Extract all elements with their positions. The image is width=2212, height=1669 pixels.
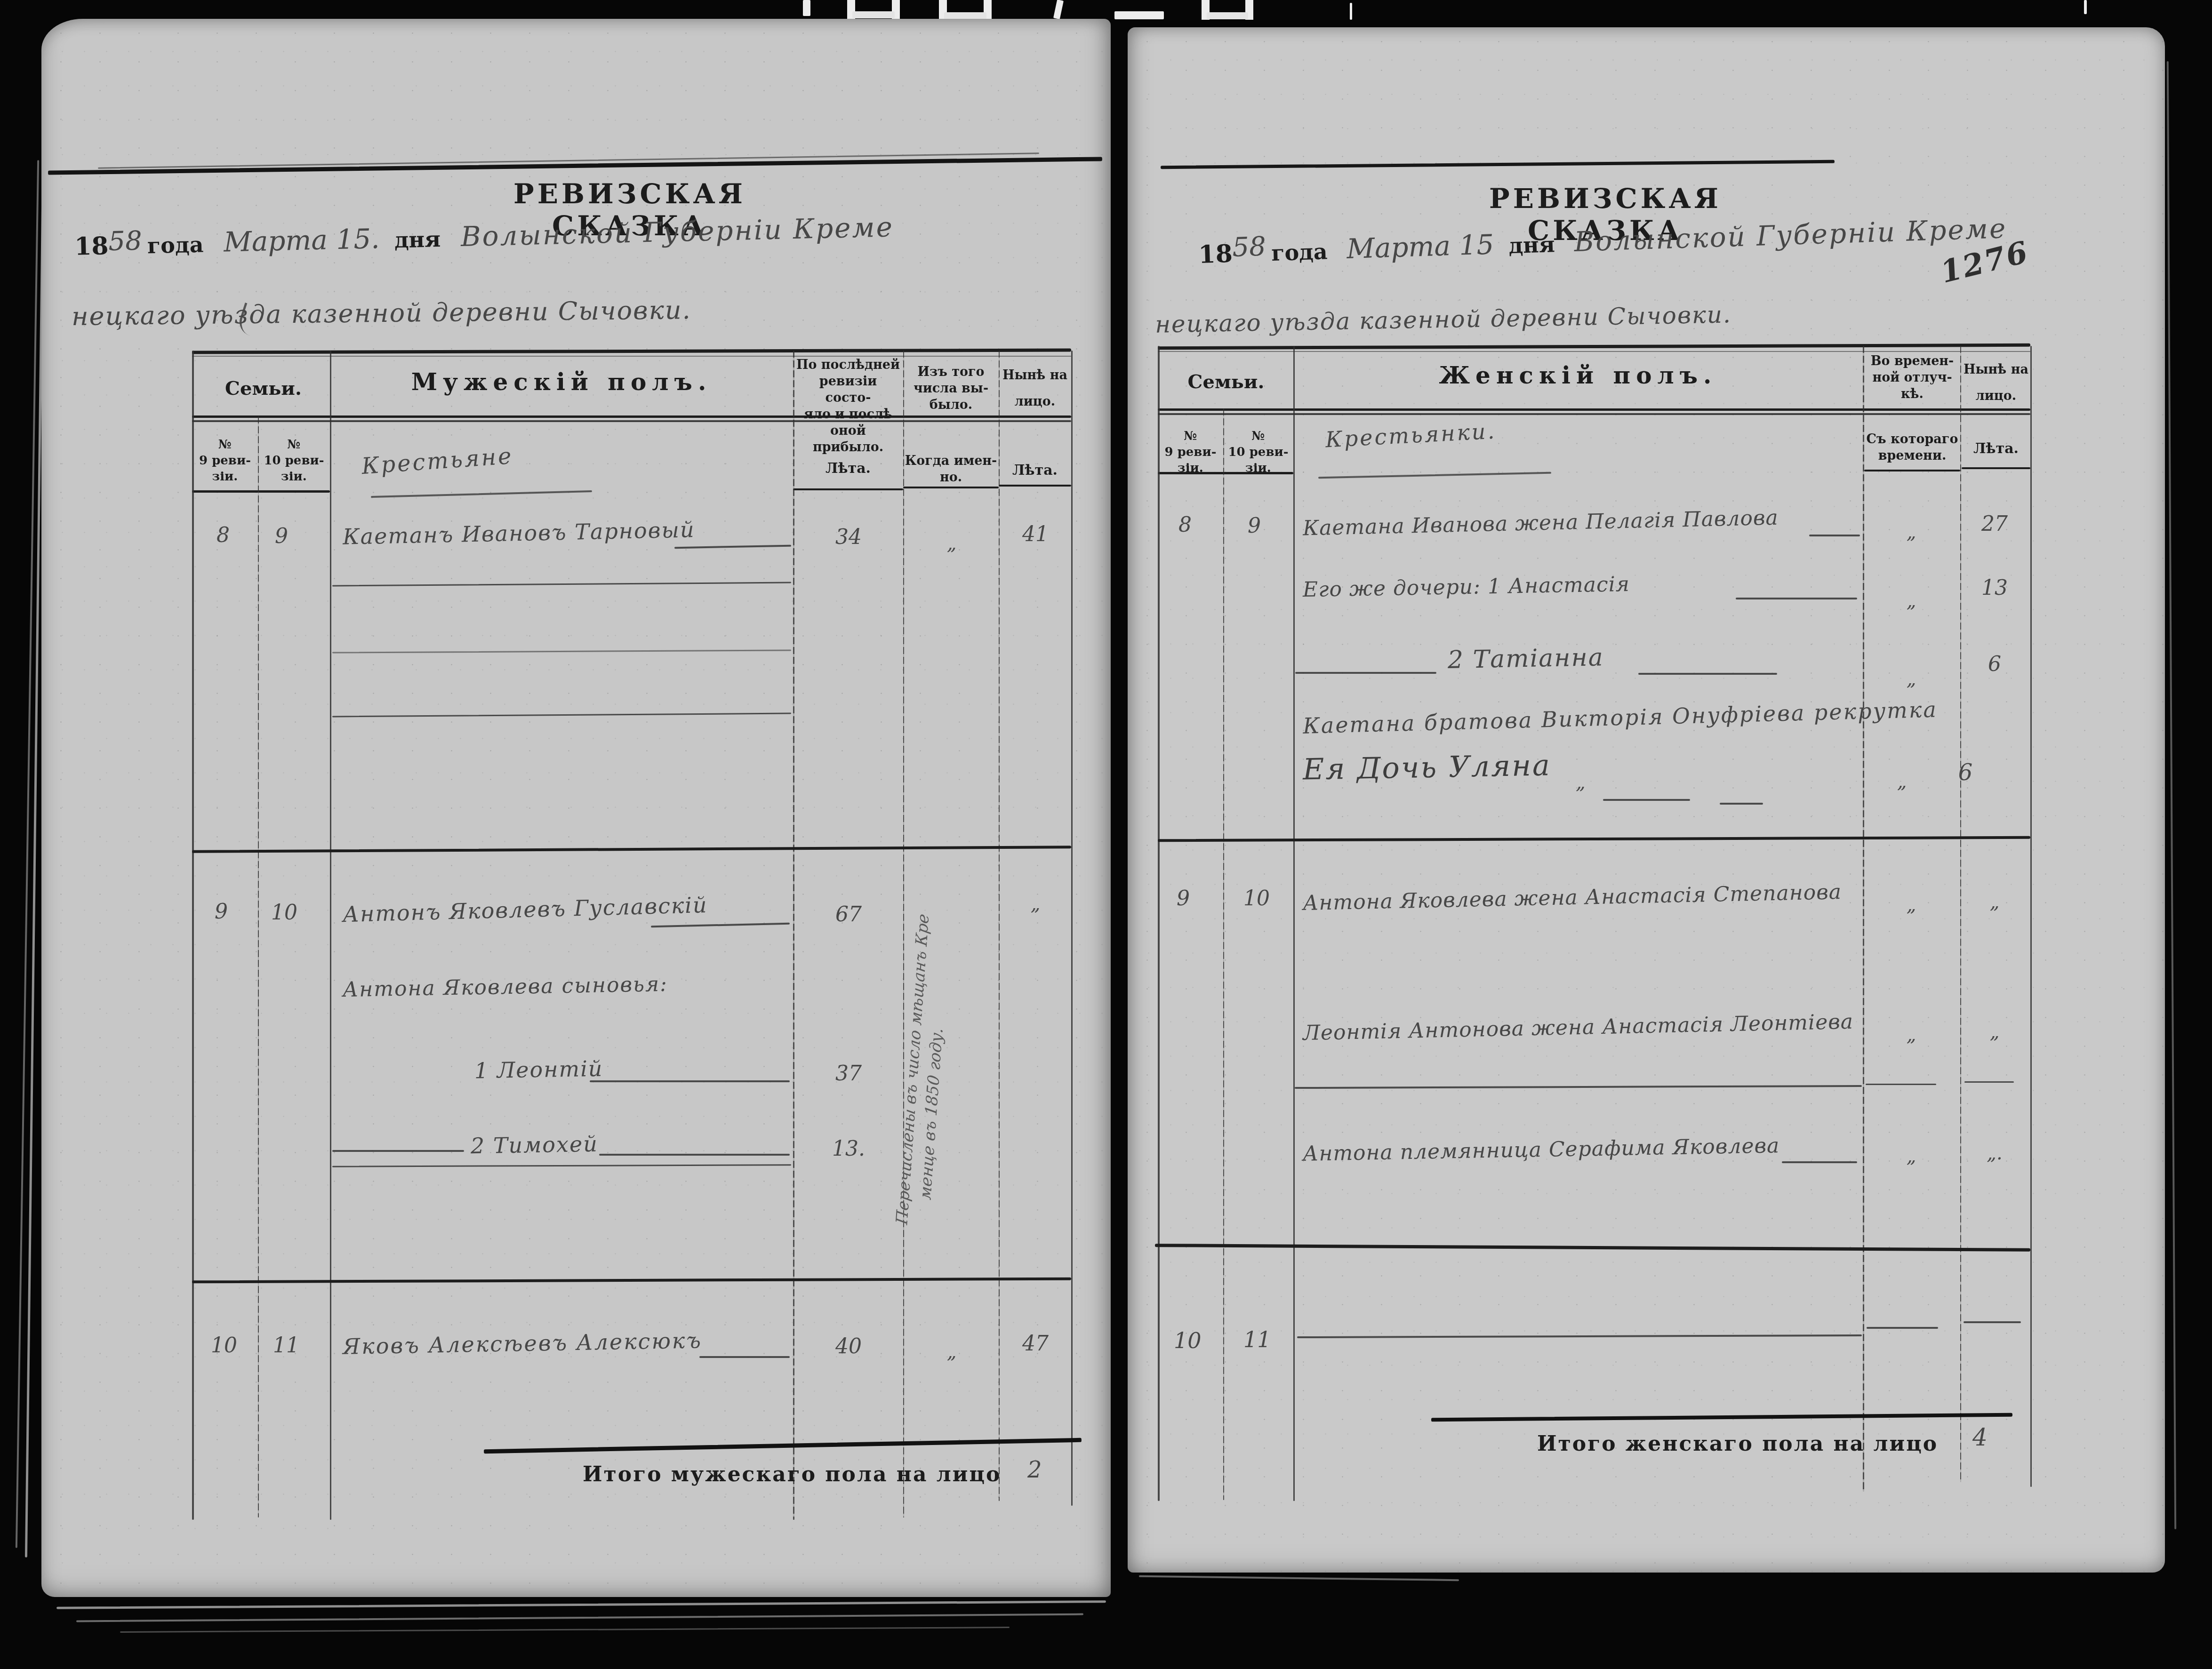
table-vline: [1863, 346, 1864, 1492]
ink-stroke: [1867, 1327, 1938, 1329]
table-vline: [1293, 346, 1295, 1501]
film-frame-mark: [1053, 0, 1064, 19]
fam2-sons-intro: Антона Яковлева сыновья:: [343, 972, 668, 1002]
ruled-underline: [1295, 1085, 1862, 1089]
sheet-edge: [1139, 1575, 1459, 1581]
table-rule-subhdr: [1864, 470, 1960, 471]
fam2-line1-name: Антона Яковлева жена Анастасія Степанова: [1303, 880, 1842, 915]
col-absence-header: Во времен- ной отлуч- кѣ.: [1864, 353, 1960, 402]
col-rev9-header: № 9 реви- зіи.: [193, 437, 257, 485]
col-rev10-header: № 10 реви- зіи.: [259, 437, 329, 485]
fam2-son2-age: 13.: [794, 1137, 903, 1161]
col-females-header: Женскій полъ.: [1293, 361, 1863, 389]
film-frame-mark: [803, 0, 810, 16]
fam2-line3-absent: „: [1864, 1145, 1958, 1167]
fam1-line5-name: Ея Дочь Уляна: [1302, 748, 1551, 786]
date-script-month: Марта 15: [1346, 228, 1494, 265]
film-frame-mark: [847, 0, 900, 19]
fam1-line5-age: 6: [1937, 759, 1994, 786]
page-crease-line: [1161, 160, 1835, 169]
table-vline: [1223, 408, 1224, 1500]
section-rule: [1158, 836, 2030, 842]
ink-stroke: [599, 1154, 790, 1156]
fam3-age-now: 47: [1000, 1332, 1071, 1356]
table-vline: [903, 351, 904, 1517]
table-rule-top2: [192, 356, 1071, 357]
category-flourish: [1318, 472, 1551, 479]
fam1-rev9: 8: [216, 523, 230, 547]
fam1-rev10: 9: [1248, 514, 1261, 538]
col-family-header: Семьи.: [1159, 371, 1293, 393]
ruled-underline: [332, 649, 791, 653]
fam1-line2-name: Его же дочери: 1 Анастасія: [1303, 572, 1630, 602]
film-frame-mark: [939, 0, 992, 20]
fam1-age-now: 41: [1000, 522, 1071, 546]
fam3-rev10: 11: [1243, 1327, 1271, 1352]
fam1-line3-name: 2 Татіанна: [1448, 643, 1604, 674]
table-vline: [1158, 346, 1160, 1501]
fam1-line4-name: Каетана братова Викторія Онуфріева рекру…: [1303, 696, 1938, 738]
sheet-edge: [2167, 61, 2176, 1529]
ruled-underline: [332, 582, 791, 587]
fam2-line3-name: Антона племянница Серафима Яковлева: [1303, 1134, 1780, 1166]
film-frame-mark: [1350, 3, 1352, 20]
date-printed-dnya: дня: [394, 226, 441, 253]
ink-stroke: [1964, 1321, 2021, 1323]
date-script-month: Марта 15.: [224, 223, 380, 258]
fam2-rev9: 9: [1177, 886, 1190, 910]
fam2-line2-name: Леонтія Антонова жена Анастасія Леонтіев…: [1303, 1010, 1854, 1045]
fam2-rev10: 10: [271, 901, 297, 925]
date-printed-dnya: дня: [1508, 232, 1555, 258]
fam1-rev9: 8: [1178, 513, 1192, 537]
ink-stroke: [1782, 1161, 1857, 1163]
table-vline: [192, 351, 194, 1520]
fam1-line3-age: 6: [1960, 652, 2029, 676]
fam2-rev9: 9: [215, 900, 228, 924]
place-line: нецкаго уѣзда казенной деревни Сычовки.: [72, 295, 691, 331]
fam3-rev10: 11: [273, 1334, 299, 1358]
fam1-name: Каетанъ Ивановъ Тарновый: [343, 517, 696, 550]
fam1-departed: „: [905, 533, 999, 554]
ruled-underline: [332, 1164, 791, 1167]
table-rule-top2: [1158, 351, 2030, 352]
section-rule: [1155, 1244, 2030, 1252]
left-page: РЕВИЗСКАЯ СКАЗКА 1858 года Марта 15. дня…: [41, 19, 1111, 1597]
section-rule: [192, 846, 1071, 853]
table-rule-subhdr: [192, 490, 330, 493]
ink-stroke: [590, 1080, 790, 1082]
table-rule-subhdr: [793, 488, 903, 490]
fam3-name: Яковъ Алексѣевъ Алексюкъ: [343, 1327, 703, 1359]
col-lastrev-header: По послѣдней ревизіи состо- яло и послѣ …: [794, 357, 902, 455]
table-vline: [330, 351, 331, 1520]
fam2-line2-age: „: [1960, 1021, 2029, 1043]
fam1-line5-marks: „: [1576, 772, 1586, 793]
col-departed-header: Изъ того числа вы- было.: [905, 364, 997, 413]
ink-stroke: [651, 923, 790, 928]
fam3-departed: „: [905, 1341, 999, 1363]
microfilm-scan: { "film_strip": { "marks": ["partial-dig…: [0, 0, 2212, 1669]
total-value: 4: [1972, 1424, 1988, 1451]
film-frame-mark: [1202, 0, 1253, 20]
table-rule-mid: [192, 415, 1071, 418]
table-vline: [2030, 346, 2032, 1487]
table-rule-subhdr: [1962, 467, 2030, 469]
total-rule: [1431, 1413, 2012, 1422]
table-rule-mid: [1158, 408, 2030, 411]
fam1-line1-name: Каетана Иванова жена Пелагія Павлова: [1303, 506, 1779, 541]
fam3-rev9: 10: [211, 1334, 237, 1358]
fam1-line1-age: 27: [1960, 512, 2029, 536]
col-present-header: Нынѣ на лицо.: [1000, 362, 1070, 415]
category-flourish: [371, 490, 592, 498]
ink-stroke: [1297, 1334, 1862, 1338]
date-script-58: 58: [108, 226, 143, 257]
fam3-rev9: 10: [1174, 1328, 1202, 1353]
category-script: Крестьянки.: [1325, 418, 1497, 453]
table-vline: [258, 416, 259, 1517]
col-present-header: Нынѣ на лицо.: [1962, 357, 2030, 409]
ink-stroke: [332, 1150, 464, 1152]
ink-stroke: [1736, 598, 1857, 599]
total-label: Итого женскаго пола на лицо: [1537, 1432, 1938, 1456]
col-family-header: Семьи.: [197, 377, 330, 399]
fam2-line1-absent: „: [1864, 894, 1958, 916]
fam2-head-age-now: „: [1000, 893, 1071, 915]
fam2-line1-age: „: [1960, 891, 2029, 913]
col-males-header: Мужескій полъ.: [330, 368, 793, 396]
fam2-head-age-prev: 67: [794, 902, 903, 926]
table-rule-top: [1158, 343, 2030, 350]
total-label: Итого мужескаго пола на лицо: [583, 1462, 1001, 1486]
col-departed-sub: Когда имен- но.: [905, 453, 997, 486]
section-rule: [192, 1278, 1071, 1284]
fam1-line1-absent: „: [1864, 521, 1958, 543]
category-script: Крестьяне: [361, 443, 514, 479]
col-present-sub: Лѣта.: [1962, 440, 2030, 457]
margin-note-rotated: Перечислены въ число мѣщанъ Кре менце въ…: [891, 856, 1010, 1238]
total-value: 2: [1027, 1457, 1042, 1483]
date-printed-18: 18: [1198, 240, 1233, 269]
fam2-son2-name: 2 Тимохей: [471, 1131, 599, 1159]
fam1-line2-age: 13: [1960, 576, 2029, 600]
fam2-rev10: 10: [1243, 886, 1270, 910]
col-present-sub: Лѣта.: [1000, 462, 1070, 479]
sheet-edge: [120, 1627, 1010, 1633]
date-script-58: 58: [1232, 231, 1266, 263]
table-rule-mid2: [1158, 413, 2030, 415]
fam2-head-name: Антонъ Яковлевъ Гуславскій: [342, 892, 708, 927]
sheet-edge: [76, 1613, 1083, 1622]
date-printed-goda: года: [147, 232, 204, 259]
table-rule-subhdr: [999, 485, 1071, 487]
fam2-line2-absent: „: [1864, 1024, 1958, 1046]
col-rev9-header: № 9 реви- зіи.: [1159, 428, 1222, 476]
fam2-son1-age: 37: [794, 1062, 903, 1086]
ink-stroke: [1638, 673, 1777, 675]
film-frame-mark: [2084, 0, 2087, 14]
fam3-age-prev: 40: [794, 1334, 903, 1358]
sheet-edge: [56, 1600, 1106, 1609]
film-frame-mark: [1114, 11, 1164, 19]
table-rule-mid2: [192, 420, 1071, 422]
ruled-underline: [332, 713, 791, 718]
ink-stroke: [1720, 803, 1763, 805]
table-vline: [1071, 351, 1073, 1506]
total-rule: [484, 1438, 1082, 1453]
place-line: нецкаго уѣзда казенной деревни Сычовки.: [1155, 301, 1732, 338]
fam1-line5-absent: „: [1864, 771, 1940, 792]
fam1-line2-absent: „: [1864, 590, 1958, 612]
fam2-line3-age: „.: [1960, 1142, 2029, 1164]
ruled-underline: [1866, 1084, 1936, 1085]
ink-stroke: [1809, 535, 1860, 536]
fam1-line3-absent: „: [1864, 668, 1958, 690]
col-rev10-header: № 10 реви- зіи.: [1224, 428, 1292, 476]
table-rule-top: [192, 349, 1071, 354]
fam2-son1-name: 1 Леонтій: [474, 1056, 603, 1084]
date-printed-18: 18: [74, 232, 109, 261]
fam1-age-prev: 34: [794, 525, 903, 549]
date-printed-goda: года: [1271, 239, 1328, 266]
ink-stroke: [1603, 799, 1690, 801]
ink-stroke: [1295, 672, 1436, 674]
col-absence-sub: Съ котораго времени.: [1864, 431, 1960, 464]
right-page: РЕВИЗСКАЯ СКАЗКА 1858 года Марта 15 дня …: [1128, 27, 2165, 1573]
ink-stroke: [674, 545, 791, 549]
ink-stroke: [699, 1356, 790, 1358]
ruled-underline: [1964, 1081, 2014, 1083]
table-rule-subhdr: [903, 487, 999, 488]
fam1-rev10: 9: [275, 524, 288, 548]
col-lastrev-sub: Лѣта.: [794, 460, 902, 477]
